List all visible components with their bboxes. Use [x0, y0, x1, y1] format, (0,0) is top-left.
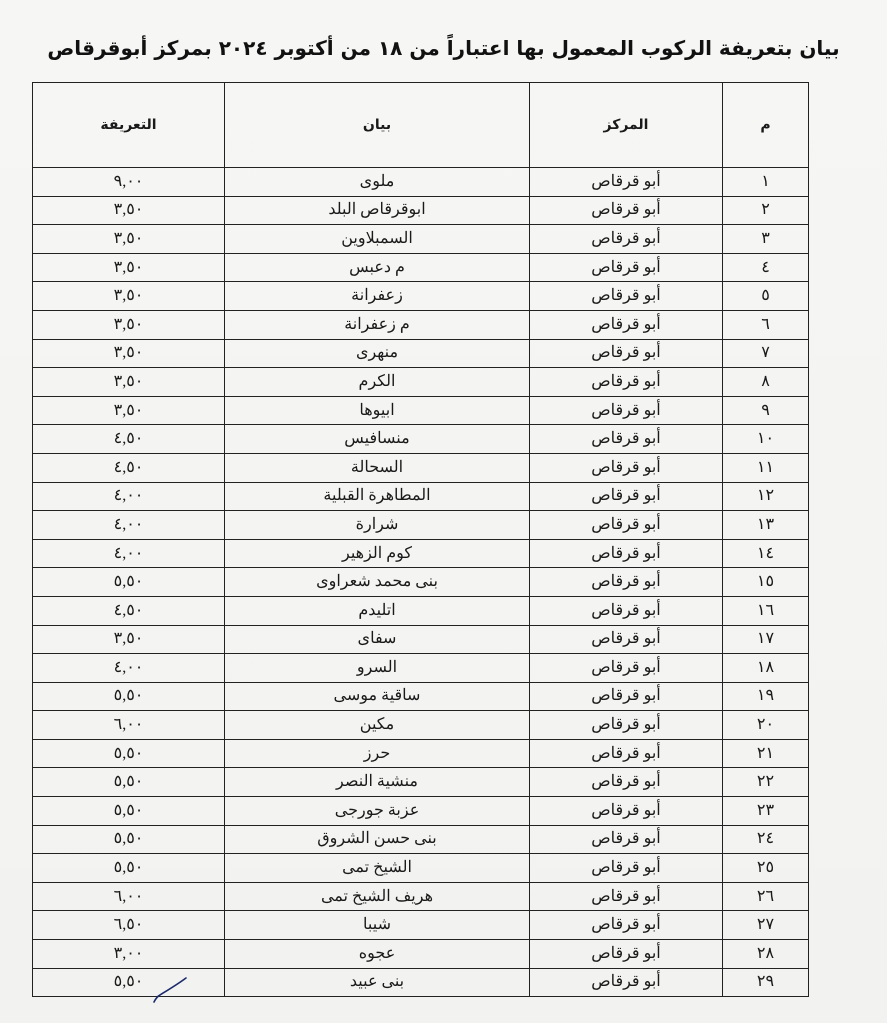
row-fare: ٣,٥٠ — [33, 368, 225, 397]
row-description: بنى عبيد — [225, 968, 530, 997]
row-center: أبو قرقاص — [530, 253, 723, 282]
row-center: أبو قرقاص — [530, 968, 723, 997]
table-row: ٢٦أبو قرقاصهريف الشيخ تمى٦,٠٠ — [33, 882, 809, 911]
row-number: ٢١ — [723, 739, 809, 768]
row-fare: ٦,٠٠ — [33, 711, 225, 740]
row-center: أبو قرقاص — [530, 854, 723, 883]
row-description: الشيخ تمى — [225, 854, 530, 883]
table-row: ١٤أبو قرقاصكوم الزهير٤,٠٠ — [33, 539, 809, 568]
row-number: ١٣ — [723, 511, 809, 540]
row-fare: ٣,٥٠ — [33, 196, 225, 225]
row-description: السحالة — [225, 453, 530, 482]
row-number: ١٩ — [723, 682, 809, 711]
row-number: ٢٩ — [723, 968, 809, 997]
row-number: ١٤ — [723, 539, 809, 568]
table-row: ٥أبو قرقاصزعفرانة٣,٥٠ — [33, 282, 809, 311]
row-center: أبو قرقاص — [530, 768, 723, 797]
row-center: أبو قرقاص — [530, 739, 723, 768]
row-fare: ٣,٥٠ — [33, 225, 225, 254]
row-fare: ٥,٥٠ — [33, 854, 225, 883]
header-fare: التعريفة — [33, 83, 225, 168]
row-center: أبو قرقاص — [530, 368, 723, 397]
row-number: ٣ — [723, 225, 809, 254]
row-description: بنى حسن الشروق — [225, 825, 530, 854]
table-row: ١٨أبو قرقاصالسرو٤,٠٠ — [33, 654, 809, 683]
row-number: ٢٢ — [723, 768, 809, 797]
table-header-row: م المركز بيان التعريفة — [33, 83, 809, 168]
row-center: أبو قرقاص — [530, 596, 723, 625]
document-page: بيان بتعريفة الركوب المعمول بها اعتباراً… — [0, 0, 887, 1023]
row-center: أبو قرقاص — [530, 425, 723, 454]
row-number: ١٢ — [723, 482, 809, 511]
table-row: ٢٨أبو قرقاصعجوه٣,٠٠ — [33, 940, 809, 969]
row-number: ٢٨ — [723, 940, 809, 969]
row-center: أبو قرقاص — [530, 882, 723, 911]
row-fare: ٤,٠٠ — [33, 511, 225, 540]
row-fare: ٤,٥٠ — [33, 596, 225, 625]
row-center: أبو قرقاص — [530, 911, 723, 940]
row-fare: ٩,٠٠ — [33, 168, 225, 197]
row-number: ٢٦ — [723, 882, 809, 911]
table-row: ١٧أبو قرقاصسفاى٣,٥٠ — [33, 625, 809, 654]
fare-table: م المركز بيان التعريفة ١أبو قرقاصملوى٩,٠… — [32, 82, 809, 997]
row-number: ١٥ — [723, 568, 809, 597]
row-fare: ٤,٠٠ — [33, 654, 225, 683]
row-fare: ٥,٥٠ — [33, 682, 225, 711]
row-description: سفاى — [225, 625, 530, 654]
header-description: بيان — [225, 83, 530, 168]
row-number: ١٠ — [723, 425, 809, 454]
row-number: ٢٧ — [723, 911, 809, 940]
row-description: شرارة — [225, 511, 530, 540]
row-fare: ٤,٠٠ — [33, 482, 225, 511]
row-number: ١٧ — [723, 625, 809, 654]
table-row: ٧أبو قرقاصمنهرى٣,٥٠ — [33, 339, 809, 368]
row-fare: ٥,٥٠ — [33, 739, 225, 768]
row-center: أبو قرقاص — [530, 225, 723, 254]
row-description: م زعفرانة — [225, 310, 530, 339]
table-row: ٢٣أبو قرقاصعزبة جورجى٥,٥٠ — [33, 797, 809, 826]
row-fare: ٥,٥٠ — [33, 825, 225, 854]
row-description: ساقية موسى — [225, 682, 530, 711]
row-description: ابوقرقاص البلد — [225, 196, 530, 225]
row-center: أبو قرقاص — [530, 711, 723, 740]
row-description: عزبة جورجى — [225, 797, 530, 826]
row-center: أبو قرقاص — [530, 825, 723, 854]
table-row: ٩أبو قرقاصابيوها٣,٥٠ — [33, 396, 809, 425]
row-center: أبو قرقاص — [530, 282, 723, 311]
row-center: أبو قرقاص — [530, 396, 723, 425]
table-row: ١أبو قرقاصملوى٩,٠٠ — [33, 168, 809, 197]
row-description: السمبلاوين — [225, 225, 530, 254]
row-description: ابيوها — [225, 396, 530, 425]
row-center: أبو قرقاص — [530, 539, 723, 568]
table-row: ٢٠أبو قرقاصمكين٦,٠٠ — [33, 711, 809, 740]
table-row: ٤أبو قرقاصم دعبس٣,٥٠ — [33, 253, 809, 282]
row-fare: ٥,٥٠ — [33, 768, 225, 797]
header-num: م — [723, 83, 809, 168]
row-number: ٤ — [723, 253, 809, 282]
row-fare: ٦,٥٠ — [33, 911, 225, 940]
table-row: ١٢أبو قرقاصالمطاهرة القبلية٤,٠٠ — [33, 482, 809, 511]
row-description: حرز — [225, 739, 530, 768]
row-center: أبو قرقاص — [530, 940, 723, 969]
row-number: ٥ — [723, 282, 809, 311]
row-number: ٨ — [723, 368, 809, 397]
row-center: أبو قرقاص — [530, 682, 723, 711]
row-number: ٢ — [723, 196, 809, 225]
row-description: ملوى — [225, 168, 530, 197]
document-title: بيان بتعريفة الركوب المعمول بها اعتباراً… — [0, 36, 887, 60]
row-description: عجوه — [225, 940, 530, 969]
row-center: أبو قرقاص — [530, 625, 723, 654]
row-fare: ٦,٠٠ — [33, 882, 225, 911]
row-number: ٢٥ — [723, 854, 809, 883]
row-number: ١٦ — [723, 596, 809, 625]
table-row: ٣أبو قرقاصالسمبلاوين٣,٥٠ — [33, 225, 809, 254]
row-fare: ٥,٥٠ — [33, 968, 225, 997]
row-fare: ٣,٥٠ — [33, 253, 225, 282]
row-center: أبو قرقاص — [530, 654, 723, 683]
row-number: ١ — [723, 168, 809, 197]
table-row: ٢٩أبو قرقاصبنى عبيد٥,٥٠ — [33, 968, 809, 997]
table-row: ٢أبو قرقاصابوقرقاص البلد٣,٥٠ — [33, 196, 809, 225]
row-number: ٢٤ — [723, 825, 809, 854]
row-center: أبو قرقاص — [530, 511, 723, 540]
row-fare: ٥,٥٠ — [33, 568, 225, 597]
row-number: ٧ — [723, 339, 809, 368]
table-row: ١٥أبو قرقاصبنى محمد شعراوى٥,٥٠ — [33, 568, 809, 597]
row-number: ١١ — [723, 453, 809, 482]
row-fare: ٣,٥٠ — [33, 282, 225, 311]
row-number: ٢٠ — [723, 711, 809, 740]
row-center: أبو قرقاص — [530, 196, 723, 225]
table-row: ١٦أبو قرقاصاتليدم٤,٥٠ — [33, 596, 809, 625]
row-fare: ٥,٥٠ — [33, 797, 225, 826]
row-fare: ٣,٠٠ — [33, 940, 225, 969]
row-fare: ٣,٥٠ — [33, 396, 225, 425]
table-row: ٢٢أبو قرقاصمنشية النصر٥,٥٠ — [33, 768, 809, 797]
checkmark-pen-stroke-icon — [152, 976, 188, 1004]
row-center: أبو قرقاص — [530, 568, 723, 597]
table-row: ١٩أبو قرقاصساقية موسى٥,٥٠ — [33, 682, 809, 711]
table-row: ٢١أبو قرقاصحرز٥,٥٠ — [33, 739, 809, 768]
row-center: أبو قرقاص — [530, 339, 723, 368]
table-row: ٢٤أبو قرقاصبنى حسن الشروق٥,٥٠ — [33, 825, 809, 854]
row-description: شيبا — [225, 911, 530, 940]
row-center: أبو قرقاص — [530, 797, 723, 826]
row-center: أبو قرقاص — [530, 168, 723, 197]
row-description: اتليدم — [225, 596, 530, 625]
row-description: زعفرانة — [225, 282, 530, 311]
row-description: بنى محمد شعراوى — [225, 568, 530, 597]
row-number: ٢٣ — [723, 797, 809, 826]
header-center: المركز — [530, 83, 723, 168]
row-fare: ٣,٥٠ — [33, 339, 225, 368]
row-fare: ٣,٥٠ — [33, 625, 225, 654]
row-description: مكين — [225, 711, 530, 740]
row-description: منهرى — [225, 339, 530, 368]
row-description: السرو — [225, 654, 530, 683]
row-description: كوم الزهير — [225, 539, 530, 568]
row-description: هريف الشيخ تمى — [225, 882, 530, 911]
row-center: أبو قرقاص — [530, 482, 723, 511]
row-description: منسافيس — [225, 425, 530, 454]
table-row: ٨أبو قرقاصالكرم٣,٥٠ — [33, 368, 809, 397]
row-description: الكرم — [225, 368, 530, 397]
row-center: أبو قرقاص — [530, 310, 723, 339]
row-description: م دعبس — [225, 253, 530, 282]
row-number: ٦ — [723, 310, 809, 339]
row-fare: ٤,٥٠ — [33, 453, 225, 482]
row-number: ٩ — [723, 396, 809, 425]
table-row: ٢٥أبو قرقاصالشيخ تمى٥,٥٠ — [33, 854, 809, 883]
row-center: أبو قرقاص — [530, 453, 723, 482]
table-body: ١أبو قرقاصملوى٩,٠٠٢أبو قرقاصابوقرقاص الب… — [33, 168, 809, 997]
row-description: المطاهرة القبلية — [225, 482, 530, 511]
row-description: منشية النصر — [225, 768, 530, 797]
row-fare: ٤,٠٠ — [33, 539, 225, 568]
row-number: ١٨ — [723, 654, 809, 683]
table-row: ١١أبو قرقاصالسحالة٤,٥٠ — [33, 453, 809, 482]
table-row: ١٣أبو قرقاصشرارة٤,٠٠ — [33, 511, 809, 540]
row-fare: ٣,٥٠ — [33, 310, 225, 339]
table-row: ١٠أبو قرقاصمنسافيس٤,٥٠ — [33, 425, 809, 454]
row-fare: ٤,٥٠ — [33, 425, 225, 454]
table-row: ٢٧أبو قرقاصشيبا٦,٥٠ — [33, 911, 809, 940]
table-row: ٦أبو قرقاصم زعفرانة٣,٥٠ — [33, 310, 809, 339]
